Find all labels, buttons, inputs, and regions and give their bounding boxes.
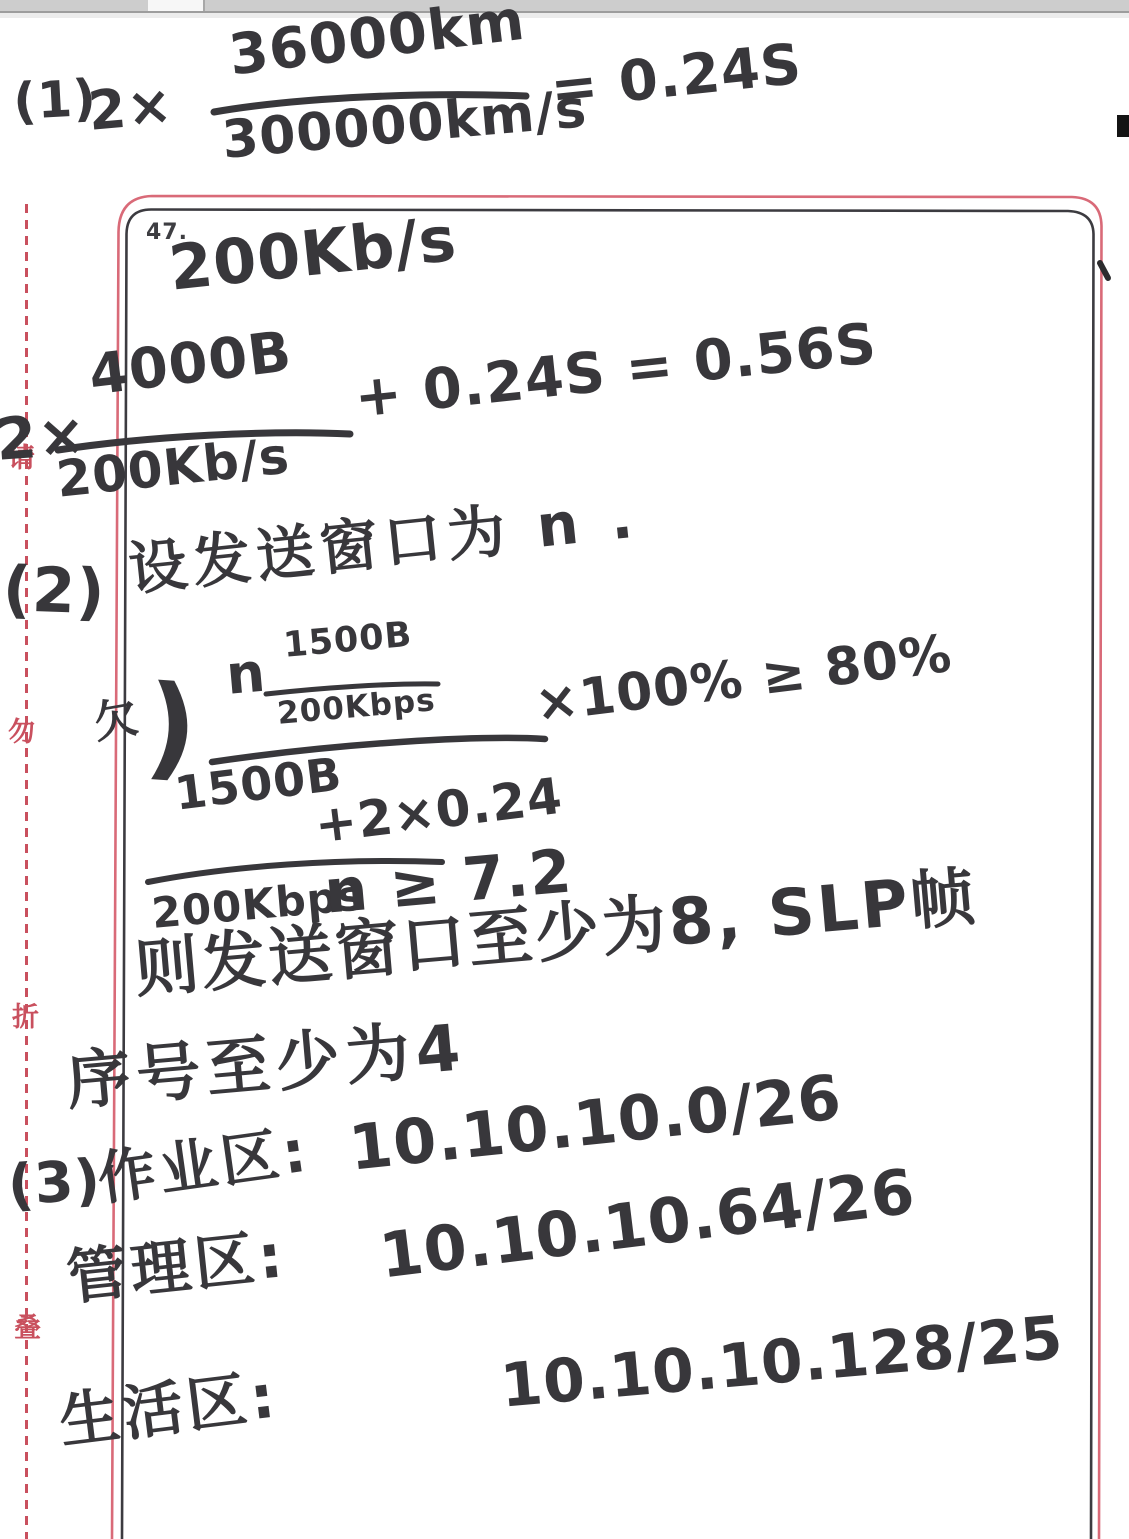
fraction-n: n (224, 645, 268, 705)
part3-row-living-name: 生活区: (56, 1365, 282, 1454)
scanned-answer-sheet: { "problem1": { "label": "(1)", "factor"… (0, 0, 1129, 1539)
equation-numerator: 4000B (86, 323, 295, 406)
part3-row-living-value: 10.10.10.128/25 (498, 1307, 1066, 1419)
fraction-rhs: ×100% ≥ 80% (532, 627, 955, 732)
stray-pen-mark (1100, 263, 1108, 278)
part1-denominator: 300000km/s (220, 82, 589, 168)
top-strip-notch (148, 0, 203, 11)
part1-result: = 0.24S (548, 36, 805, 121)
margin-char-zhe: 折 (12, 995, 39, 1034)
part2-conclusion-seq: 序号至少为4 (64, 1015, 469, 1117)
equation-tail: + 0.24S = 0.56S (352, 315, 880, 428)
part2-setup: 设发送窗口为 n . (126, 487, 641, 601)
part1-factor: 2× (86, 77, 175, 141)
rate-note: 200Kb/s (166, 206, 460, 301)
top-strip-divider (203, 0, 205, 11)
fraction-num-top: 1500B (282, 617, 414, 665)
part3-label: (3) (6, 1152, 103, 1217)
margin-char-wu: 勿 (8, 710, 35, 749)
top-strip-shadow (0, 13, 1129, 18)
part2-scribble-note: 欠 (90, 694, 142, 747)
equation-denominator: 200Kb/s (54, 430, 292, 507)
registration-mark (1117, 115, 1129, 137)
fraction-num-bottom: 200Kbps (276, 684, 437, 730)
part3-row-mgmt-name: 管理区: (64, 1225, 289, 1311)
part3-row-work-name: 作业区: (94, 1120, 314, 1210)
part2-label: (2) (2, 556, 107, 625)
margin-char-die: 叠 (14, 1306, 41, 1345)
part3-row-mgmt-value: 10.10.10.64/26 (376, 1158, 919, 1288)
